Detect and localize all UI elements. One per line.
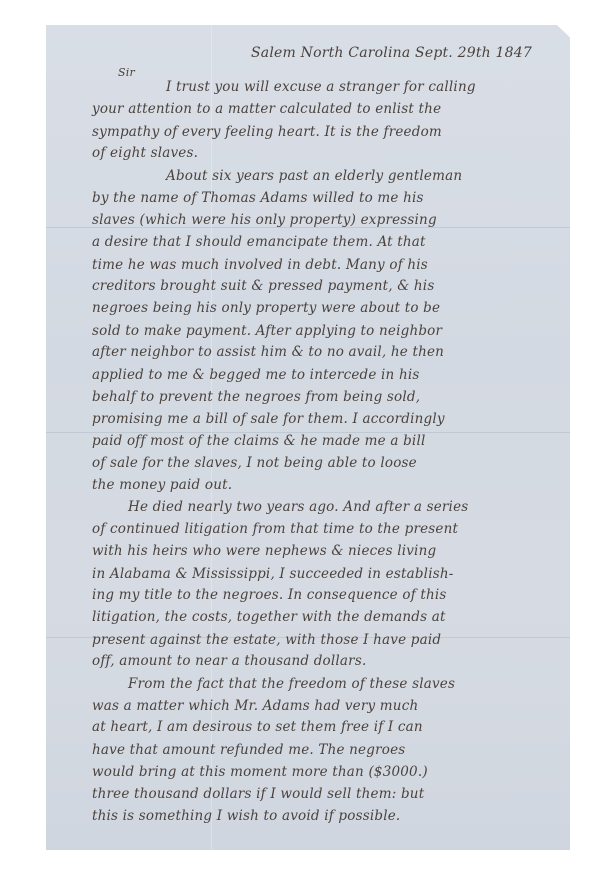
letter-heading: Salem North Carolina Sept. 29th 1847 (251, 45, 532, 61)
letter-line: have that amount refunded me. The negroe… (92, 742, 405, 758)
letter-line: at heart, I am desirous to set them free… (92, 719, 423, 735)
letter-line: in Alabama & Mississippi, I succeeded in… (92, 566, 454, 582)
letter-line: was a matter which Mr. Adams had very mu… (92, 698, 418, 714)
letter-line: From the fact that the freedom of these … (128, 676, 455, 692)
letter-line: after neighbor to assist him & to no ava… (92, 344, 444, 360)
letter-line: applied to me & begged me to intercede i… (92, 367, 419, 383)
letter-line: the money paid out. (92, 477, 232, 493)
letter-line: sympathy of every feeling heart. It is t… (92, 124, 442, 140)
letter-line: of sale for the slaves, I not being able… (92, 455, 417, 471)
letter-line: I trust you will excuse a stranger for c… (166, 79, 476, 95)
letter-line: this is something I wish to avoid if pos… (92, 808, 400, 824)
letter-line: of continued litigation from that time t… (92, 521, 458, 537)
letter-line: litigation, the costs, together with the… (92, 609, 446, 625)
letter-line: present against the estate, with those I… (92, 632, 441, 648)
letter-line: time he was much involved in debt. Many … (92, 257, 428, 273)
letter-line: of eight slaves. (92, 145, 198, 161)
letter-line: would bring at this moment more than ($3… (92, 764, 428, 780)
letter-line: negroes being his only property were abo… (92, 300, 440, 316)
letter-line: with his heirs who were nephews & nieces… (92, 543, 436, 559)
letter-line: three thousand dollars if I would sell t… (92, 786, 424, 802)
letter-page: Salem North Carolina Sept. 29th 1847 Sir… (46, 25, 570, 850)
letter-line: About six years past an elderly gentlema… (166, 168, 462, 184)
letter-line: ing my title to the negroes. In conseque… (92, 587, 447, 603)
letter-line: He died nearly two years ago. And after … (128, 499, 468, 515)
letter-line: behalf to prevent the negroes from being… (92, 389, 420, 405)
letter-line: off, amount to near a thousand dollars. (92, 653, 366, 669)
letter-line: sold to make payment. After applying to … (92, 323, 442, 339)
letter-salutation: Sir (118, 66, 135, 79)
letter-line: paid off most of the claims & he made me… (92, 433, 425, 449)
letter-line: creditors brought suit & pressed payment… (92, 278, 434, 294)
letter-line: promising me a bill of sale for them. I … (92, 411, 445, 427)
letter-line: by the name of Thomas Adams willed to me… (92, 190, 424, 206)
letter-line: your attention to a matter calculated to… (92, 101, 441, 117)
letter-line: a desire that I should emancipate them. … (92, 234, 426, 250)
letter-line: slaves (which were his only property) ex… (92, 212, 437, 228)
